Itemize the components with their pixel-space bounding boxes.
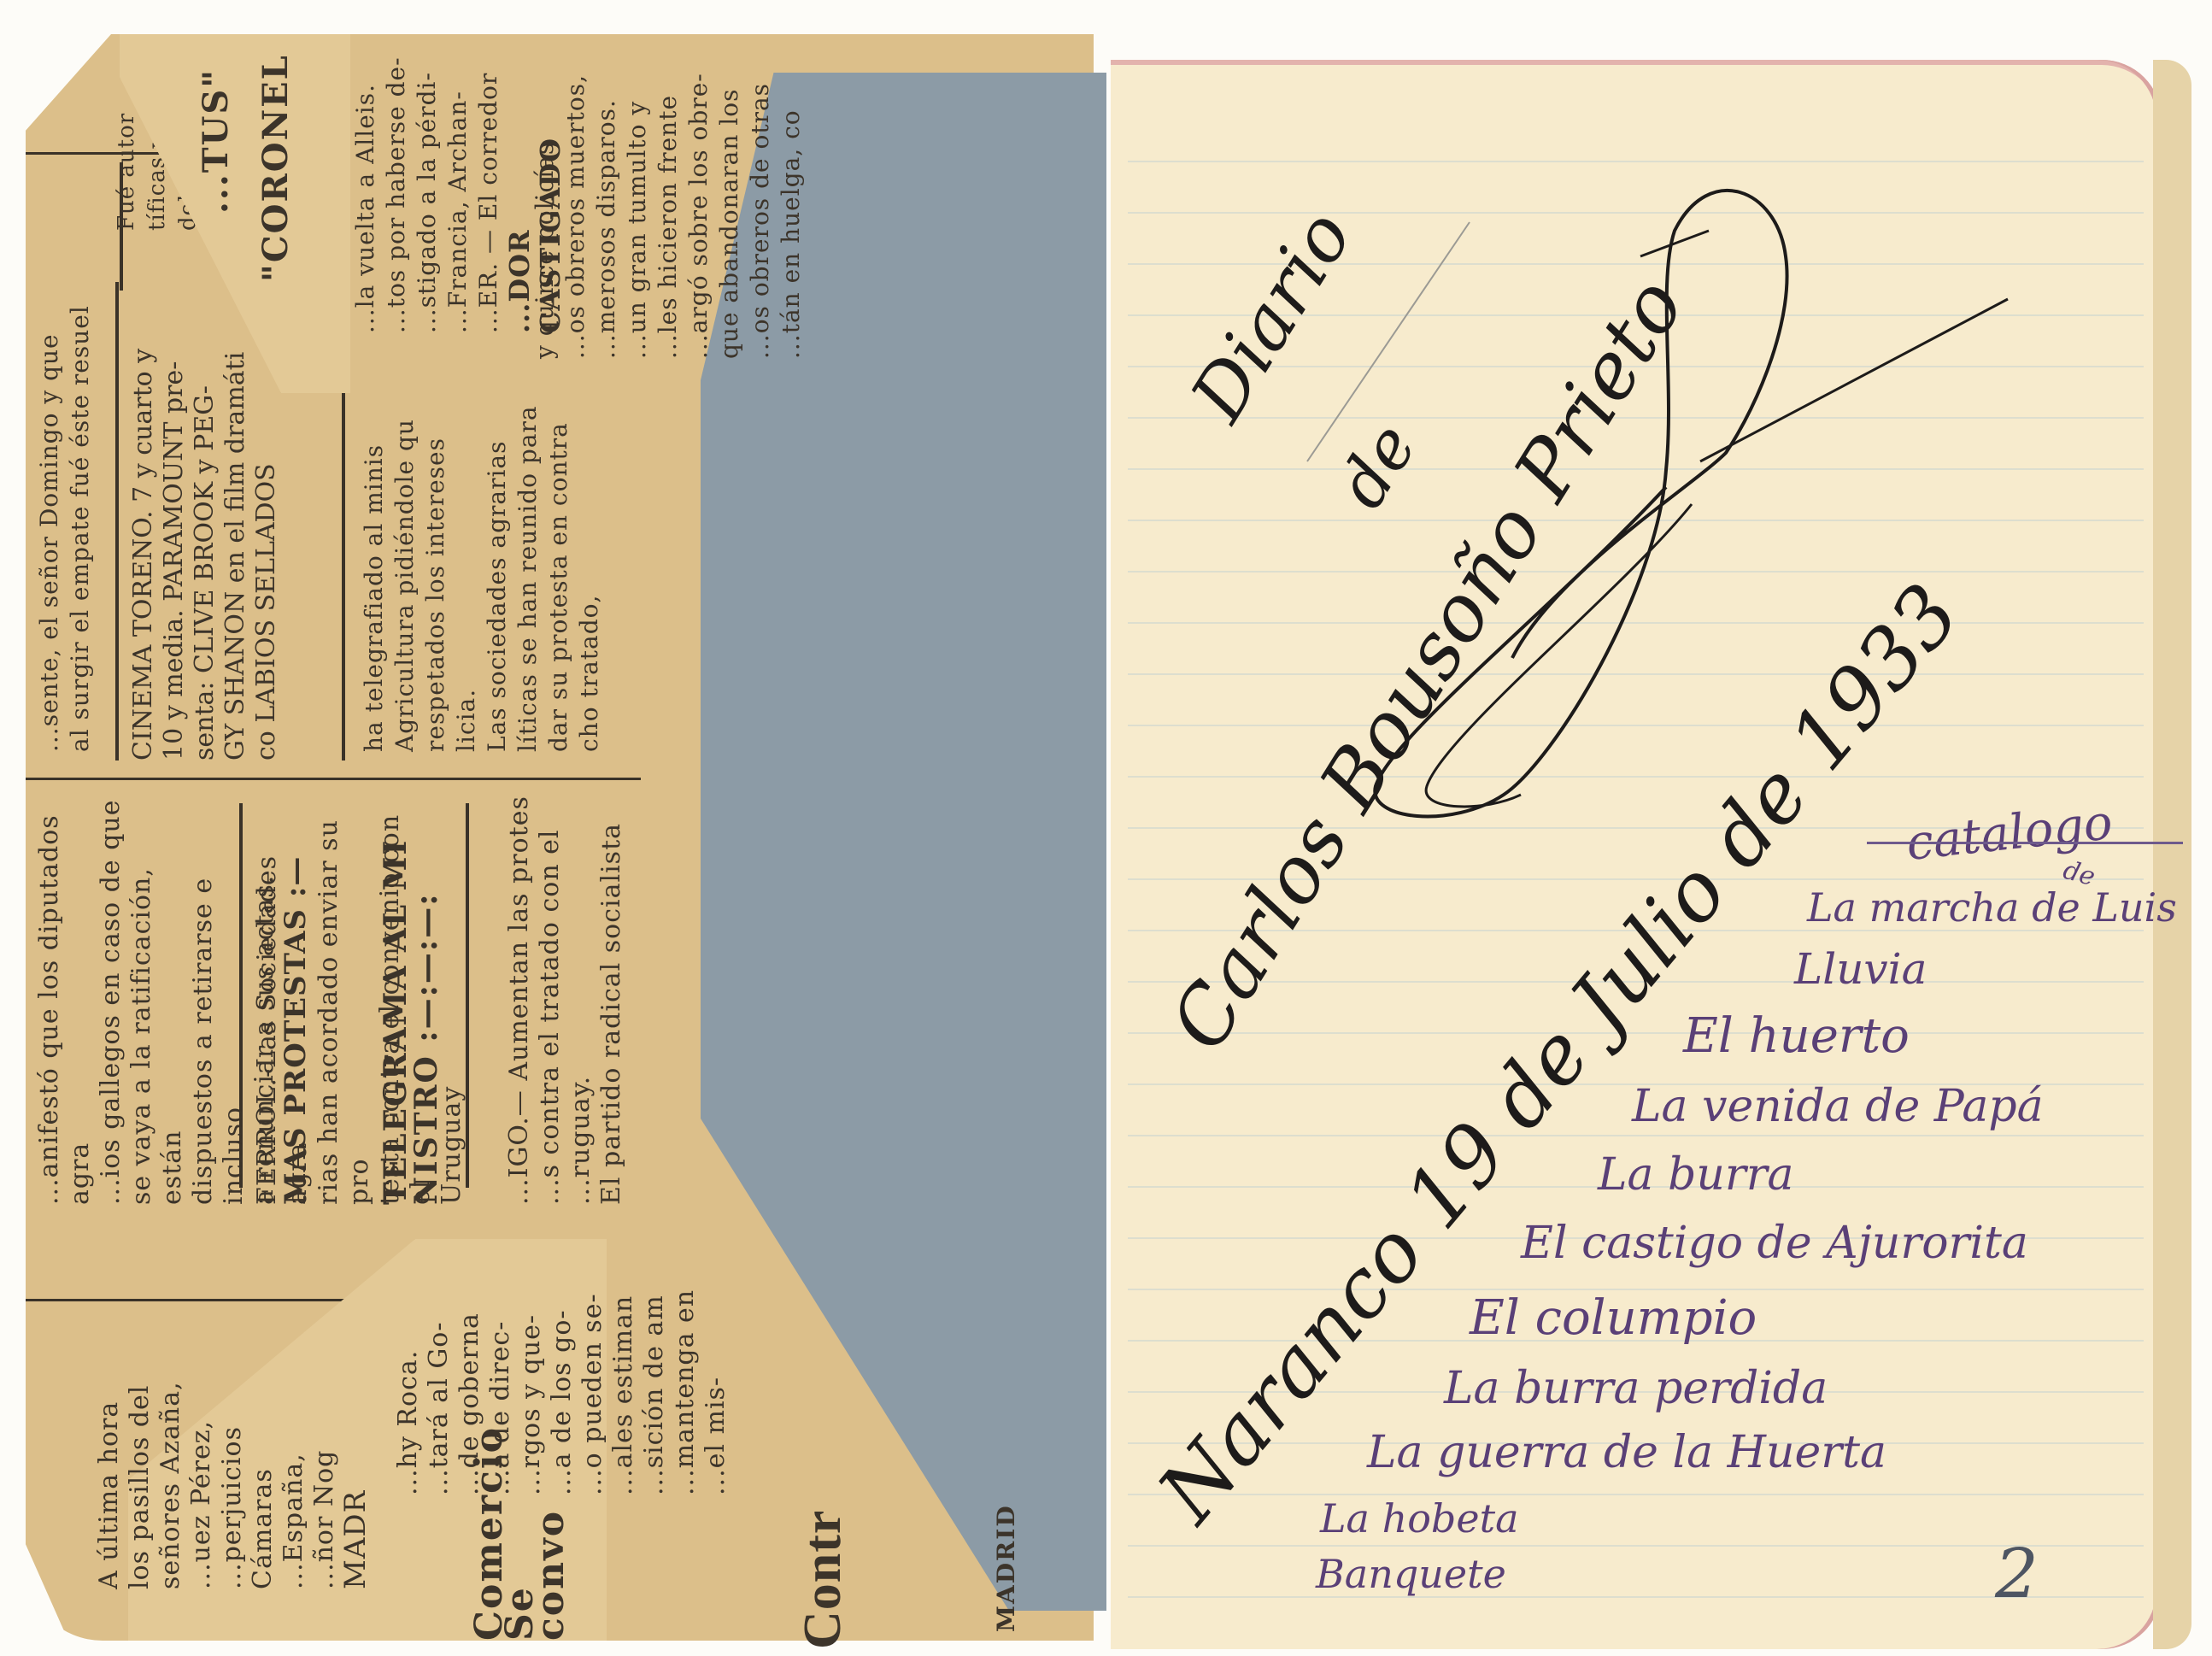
clip-line: TELEGRAMA AL MI bbox=[380, 795, 411, 1205]
clip-line: dispuestos a retirarse e incluso bbox=[188, 795, 249, 1205]
clip-line: ...argó sobre los obre- bbox=[684, 51, 714, 359]
catalogue-item: El columpio bbox=[1470, 1290, 1757, 1346]
clip-line: MADR bbox=[340, 1316, 371, 1589]
clip-line: señores Azaña, bbox=[155, 1316, 186, 1589]
clip-line: ...España, bbox=[279, 1316, 309, 1589]
cinema-toreno-ad: CINEMA TORENO. 7 y cuarto y 10 y media. … bbox=[128, 282, 282, 760]
clip-line: los pasillos del bbox=[125, 1316, 155, 1589]
catalogue-item: El huerto bbox=[1683, 1008, 1910, 1064]
clip-line: ...ñor Nog bbox=[309, 1316, 340, 1589]
clip-line: MADRID bbox=[991, 1504, 1022, 1632]
clip-line: ...un gran tumulto y bbox=[622, 51, 653, 359]
clip-line: ...ios gallegos en caso de que bbox=[96, 795, 126, 1205]
clipping-huelga: y quince policías ...os obreros muertos,… bbox=[530, 51, 807, 359]
clip-line: ...les hicieron frente bbox=[653, 51, 684, 359]
clipping-telegrafiado: ha telegrafiado al minis Agricultura pid… bbox=[359, 376, 605, 752]
headline-telegrama: TELEGRAMA AL MI NISTRO :—:—:—: bbox=[380, 795, 442, 1205]
clip-line: se vaya a la ratificación, están bbox=[126, 795, 188, 1205]
catalogue-item: La hobeta bbox=[1320, 1495, 1519, 1541]
clip-line: ...IGO.— Aumentan las protes bbox=[504, 795, 535, 1205]
clip-line: ...hy Roca. bbox=[393, 1239, 424, 1495]
column-rule bbox=[115, 282, 119, 760]
catalogue-item: La venida de Papá bbox=[1632, 1081, 2044, 1132]
clip-line: ...sente, el señor Domingo y que bbox=[34, 256, 65, 752]
clip-line: ...uez Pérez, bbox=[186, 1316, 217, 1589]
clip-line: ...la vuelta a Alleis. bbox=[350, 43, 381, 333]
clip-line: ...sición de am bbox=[639, 1239, 670, 1495]
headline-coronel: "CORONEL bbox=[261, 51, 291, 282]
headline-contr: Contr bbox=[807, 1470, 838, 1649]
clip-line: Agricultura pidiéndole qu bbox=[390, 376, 420, 752]
clip-line: ...perjuicios bbox=[217, 1316, 248, 1589]
clip-line: dar su protesta en contra bbox=[543, 376, 574, 752]
clip-line: ...Francia, Archan- bbox=[443, 43, 473, 333]
column-rule bbox=[26, 1299, 350, 1301]
catalogue-item: Banquete bbox=[1316, 1551, 1506, 1597]
catalogue-item: La marcha de Luis bbox=[1807, 884, 2177, 931]
clip-line: "CORONEL bbox=[261, 51, 291, 282]
clip-line: ha telegrafiado al minis bbox=[359, 376, 390, 752]
clipping-vigo: ...IGO.— Aumentan las protes ...s contra… bbox=[504, 795, 627, 1205]
column-rule bbox=[26, 778, 641, 780]
clipping-ultima-hora: A última hora los pasillos del señores A… bbox=[94, 1316, 371, 1589]
headline-tus: ...TUS" bbox=[201, 68, 232, 214]
catalogue-underline bbox=[1867, 842, 2183, 844]
clip-line: ...anifestó que los diputados agra bbox=[34, 795, 96, 1205]
catalogue-item: El castigo de Ajurorita bbox=[1521, 1218, 2028, 1269]
clip-line: que abandonaran los bbox=[714, 51, 745, 359]
clip-line: ...mantenga en bbox=[670, 1239, 701, 1495]
clip-line: ...tán en huelga, co bbox=[776, 51, 807, 359]
clip-line: ...el mis- bbox=[701, 1239, 731, 1495]
clip-line: NISTRO :—:—:—: bbox=[411, 795, 442, 1205]
clip-line: ...TUS" bbox=[201, 68, 232, 214]
clip-line: ...stigado a la pérdi- bbox=[412, 43, 443, 333]
clip-line: licia. bbox=[451, 376, 482, 752]
clip-line: al surgir el empate fué éste resuel bbox=[65, 256, 96, 752]
clip-line: A última hora bbox=[94, 1316, 125, 1589]
clip-line: ...tos por haberse de- bbox=[381, 43, 412, 333]
clip-line: ...o pueden se- bbox=[578, 1239, 608, 1495]
clip-line: ...merosos disparos. bbox=[591, 51, 622, 359]
clip-line: CINEMA TORENO. 7 y cuarto y bbox=[128, 282, 159, 760]
clip-line: Se convo bbox=[505, 1453, 566, 1641]
catalogue-item: La burra perdida bbox=[1444, 1363, 1828, 1414]
clip-line: Contr bbox=[807, 1470, 838, 1649]
clip-line: ...s contra el tratado con el bbox=[535, 795, 566, 1205]
catalogue-item: La guerra de la Huerta bbox=[1367, 1427, 1886, 1478]
clip-line: senta: CLIVE BROOK y PEG- bbox=[190, 282, 220, 760]
clip-line: Las sociedades agrarias bbox=[482, 376, 513, 752]
catalogue-item: La burra bbox=[1598, 1149, 1794, 1201]
clip-line: ...os obreros muertos, bbox=[560, 51, 591, 359]
clip-line: FERROL.-Las Sociedades agra bbox=[252, 795, 314, 1205]
clip-line: y quince policías bbox=[530, 51, 560, 359]
clip-line: Cámaras bbox=[248, 1316, 279, 1589]
clipping-col-1: ...sente, el señor Domingo y que al surg… bbox=[34, 256, 96, 752]
clip-line: 10 y media. PARAMOUNT pre- bbox=[159, 282, 190, 760]
clip-line: El partido radical socialista bbox=[596, 795, 627, 1205]
clip-line: ...tará al Go- bbox=[424, 1239, 455, 1495]
clip-line: ...ruguay. bbox=[566, 795, 596, 1205]
clip-line: líticas se han reunido para bbox=[513, 376, 543, 752]
clip-line: ...ales estiman bbox=[608, 1239, 639, 1495]
clip-line: rias han acordado enviar su pro bbox=[314, 795, 375, 1205]
clip-line: GY SHANON en el film dramáti bbox=[220, 282, 251, 760]
clip-line: ...os obreros de otras bbox=[745, 51, 776, 359]
fragment-madrid: MADRID bbox=[991, 1504, 1022, 1632]
clip-line: ...ER. — El corredor bbox=[473, 43, 504, 333]
clip-line: cho tratado, bbox=[574, 376, 605, 752]
page-number: 2 bbox=[1995, 1534, 2039, 1613]
page-edge bbox=[2153, 60, 2191, 1649]
column-rule bbox=[342, 376, 345, 760]
clip-line: respetados los intereses bbox=[420, 376, 451, 752]
headline-se-convoca: Comercio Se convo bbox=[474, 1453, 566, 1641]
catalogue-item: Lluvia bbox=[1794, 944, 1927, 994]
